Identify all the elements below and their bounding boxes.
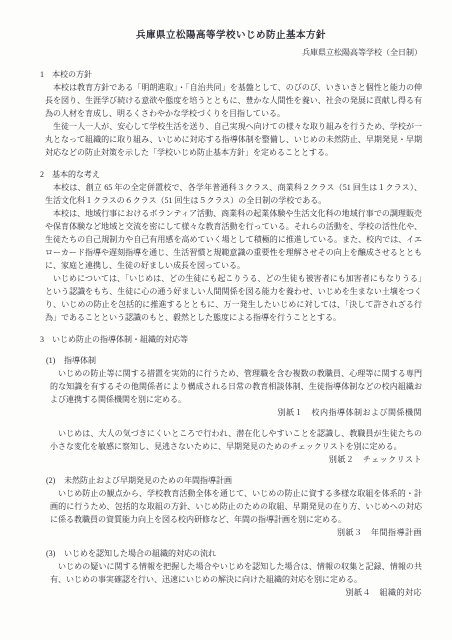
subsection-annual-plan: (2) 未然防止および早期発見のための年間指導計画 いじめ防止の観点から、学校教… bbox=[40, 474, 422, 539]
section-body: 本校は教育方針である「明朗進取」・「自治共同」を基盤として、のびのび、いきいきと… bbox=[40, 81, 422, 159]
text-block: いじめの疑いに関する情報を把握した場合やいじめを認知した場合は、情報の収集と記録… bbox=[46, 560, 422, 599]
section-heading-row: 2 基本的な考え bbox=[40, 168, 422, 181]
section-heading: 本校の方針 bbox=[52, 68, 422, 81]
subsection-heading: 指導体制 bbox=[64, 354, 422, 367]
paragraph: いじめ防止の観点から、学校教育活動全体を通じて、いじめの防止に資する多様な取組を… bbox=[46, 487, 422, 526]
section-number: 2 bbox=[40, 168, 52, 181]
paragraph: いじめの疑いに関する情報を把握した場合やいじめを認知した場合は、情報の収集と記録… bbox=[46, 560, 422, 586]
section-heading-row: 1 本校の方針 bbox=[40, 68, 422, 81]
section-basic-thinking: 2 基本的な考え 本校は、創立 65 年の全定併置校で、各学年普通科３クラス、商… bbox=[40, 168, 422, 324]
document-page: 兵庫県立松陽高等学校いじめ防止基本方針 兵庫県立松陽高等学校（全日制） 1 本校… bbox=[0, 0, 452, 640]
section-body: 本校は、創立 65 年の全定併置校で、各学年普通科３クラス、商業科２クラス（51… bbox=[40, 181, 422, 324]
subsection-heading-row: (3) いじめを認知した場合の組織的対応の流れ bbox=[46, 547, 422, 560]
text-block: いじめの防止等に関する措置を実効的に行うため、管理職を含む複数の教職員、心理等に… bbox=[46, 367, 422, 419]
section-organization: 3 いじめ防止の指導体制・組織的対応等 (1) 指導体制 いじめの防止等に関する… bbox=[40, 333, 422, 599]
section-number: 1 bbox=[40, 68, 52, 81]
paragraph: いじめについては、「いじめは、どの生徒にも起こりうる、どの生徒も被害者にも加害者… bbox=[45, 272, 422, 324]
attachment-ref: 別紙３ 年間指導計画 bbox=[46, 526, 422, 539]
paragraph: 本校は、創立 65 年の全定併置校で、各学年普通科３クラス、商業科２クラス（51… bbox=[45, 181, 422, 207]
attachment-ref: 別紙１ 校内指導体制および関係機関 bbox=[46, 406, 422, 419]
subsection-heading-row: (1) 指導体制 bbox=[46, 354, 422, 367]
text-block: いじめ防止の観点から、学校教育活動全体を通じて、いじめの防止に資する多様な取組を… bbox=[46, 487, 422, 539]
subsection-number: (1) bbox=[46, 354, 64, 367]
section-heading: いじめ防止の指導体制・組織的対応等 bbox=[52, 333, 422, 346]
text-block: いじめは、大人の気づきにくいところで行われ、潜在化しやすいことを認識し、教職員が… bbox=[46, 427, 422, 466]
attachment-ref: 別紙４ 組織的対応 bbox=[46, 586, 422, 599]
subsection-heading-row: (2) 未然防止および早期発見のための年間指導計画 bbox=[46, 474, 422, 487]
subsection-number: (3) bbox=[46, 547, 64, 560]
paragraph: 本校は、地域行事におけるボランティア活動、商業科の起業体験や生活文化科の地域行事… bbox=[45, 207, 422, 272]
subsection-heading: いじめを認知した場合の組織的対応の流れ bbox=[64, 547, 422, 560]
subsection-response-flow: (3) いじめを認知した場合の組織的対応の流れ いじめの疑いに関する情報を把握し… bbox=[40, 547, 422, 599]
paragraph: いじめの防止等に関する措置を実効的に行うため、管理職を含む複数の教職員、心理等に… bbox=[46, 367, 422, 406]
paragraph: 本校は教育方針である「明朗進取」・「自治共同」を基盤として、のびのび、いきいきと… bbox=[45, 81, 422, 120]
attachment-ref: 別紙２ チェックリスト bbox=[46, 453, 422, 466]
section-number: 3 bbox=[40, 333, 52, 346]
section-heading-row: 3 いじめ防止の指導体制・組織的対応等 bbox=[40, 333, 422, 346]
paragraph: 生徒一人一人が、安心して学校生活を送り、自己実現へ向けての様々な取り組みを行うた… bbox=[45, 120, 422, 159]
section-heading: 基本的な考え bbox=[52, 168, 422, 181]
subsection-number: (2) bbox=[46, 474, 64, 487]
doc-title: 兵庫県立松陽高等学校いじめ防止基本方針 bbox=[40, 30, 422, 43]
subsection-guidance-system: (1) 指導体制 いじめの防止等に関する措置を実効的に行うため、管理職を含む複数… bbox=[40, 354, 422, 466]
paragraph: いじめは、大人の気づきにくいところで行われ、潜在化しやすいことを認識し、教職員が… bbox=[46, 427, 422, 453]
section-policy: 1 本校の方針 本校は教育方針である「明朗進取」・「自治共同」を基盤として、のび… bbox=[40, 68, 422, 159]
subsection-heading: 未然防止および早期発見のための年間指導計画 bbox=[64, 474, 422, 487]
doc-subtitle: 兵庫県立松陽高等学校（全日制） bbox=[40, 46, 422, 59]
